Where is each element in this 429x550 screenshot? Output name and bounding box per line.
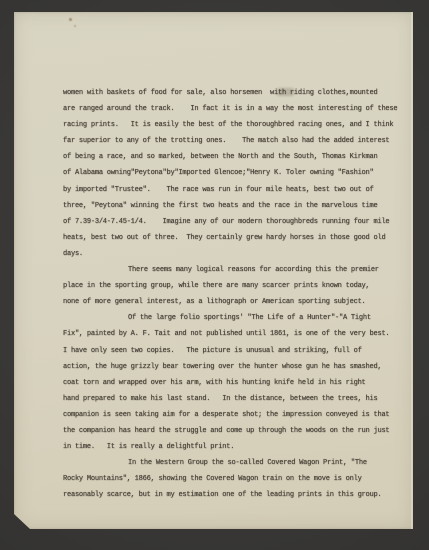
typed-text-block: women with baskets of food for sale, als… (63, 85, 411, 503)
typed-line: by imported "Trustee". The race was run … (63, 182, 411, 198)
document-page: women with baskets of food for sale, als… (14, 12, 413, 529)
typed-line: racing prints. It is easily the best of … (63, 117, 411, 133)
typed-line: days. (63, 246, 411, 262)
typed-line: I have only seen two copies. The picture… (63, 343, 411, 359)
typed-line: of 7.39-3/4-7.45-1/4. Imagine any of our… (63, 214, 411, 230)
typed-line: three, "Peytona" winning the first two h… (63, 198, 411, 214)
typed-line: far superior to any of the trotting ones… (63, 133, 411, 149)
typed-line: women with baskets of food for sale, als… (63, 85, 411, 101)
typed-line: of being a race, and so marked, between … (63, 149, 411, 165)
typed-line: In the Western Group the so-called Cover… (63, 455, 411, 471)
typed-line: companion is seen taking aim for a despe… (63, 407, 411, 423)
typed-line: reasonably scarce, but in my estimation … (63, 487, 411, 503)
typed-line: Rocky Mountains", 1866, showing the Cove… (63, 471, 411, 487)
typed-line: Fix", painted by A. F. Tait and not publ… (63, 326, 411, 342)
typed-line: heats, best two out of three. They certa… (63, 230, 411, 246)
typed-line: of Alabama owning"Peytona"by"Imported Gl… (63, 165, 411, 181)
typed-line: action, the huge grizzly bear towering o… (63, 359, 411, 375)
photo-backdrop: women with baskets of food for sale, als… (0, 0, 429, 550)
paper-edge (411, 12, 413, 529)
paper-stain (74, 25, 76, 27)
typed-line: hand prepared to make his last stand. In… (63, 391, 411, 407)
typed-line: There seems many logical reasons for acc… (63, 262, 411, 278)
typed-line: none of more general interest, as a lith… (63, 294, 411, 310)
typed-line: place in the sporting group, while there… (63, 278, 411, 294)
typed-line: are ranged around the track. In fact it … (63, 101, 411, 117)
typed-line: in time. It is really a delightful print… (63, 439, 411, 455)
typed-line: the companion has heard the struggle and… (63, 423, 411, 439)
typed-line: coat torn and wrapped over his arm, with… (63, 375, 411, 391)
typed-line: Of the large folio sportings' "The Life … (63, 310, 411, 326)
paper-stain (69, 18, 72, 21)
